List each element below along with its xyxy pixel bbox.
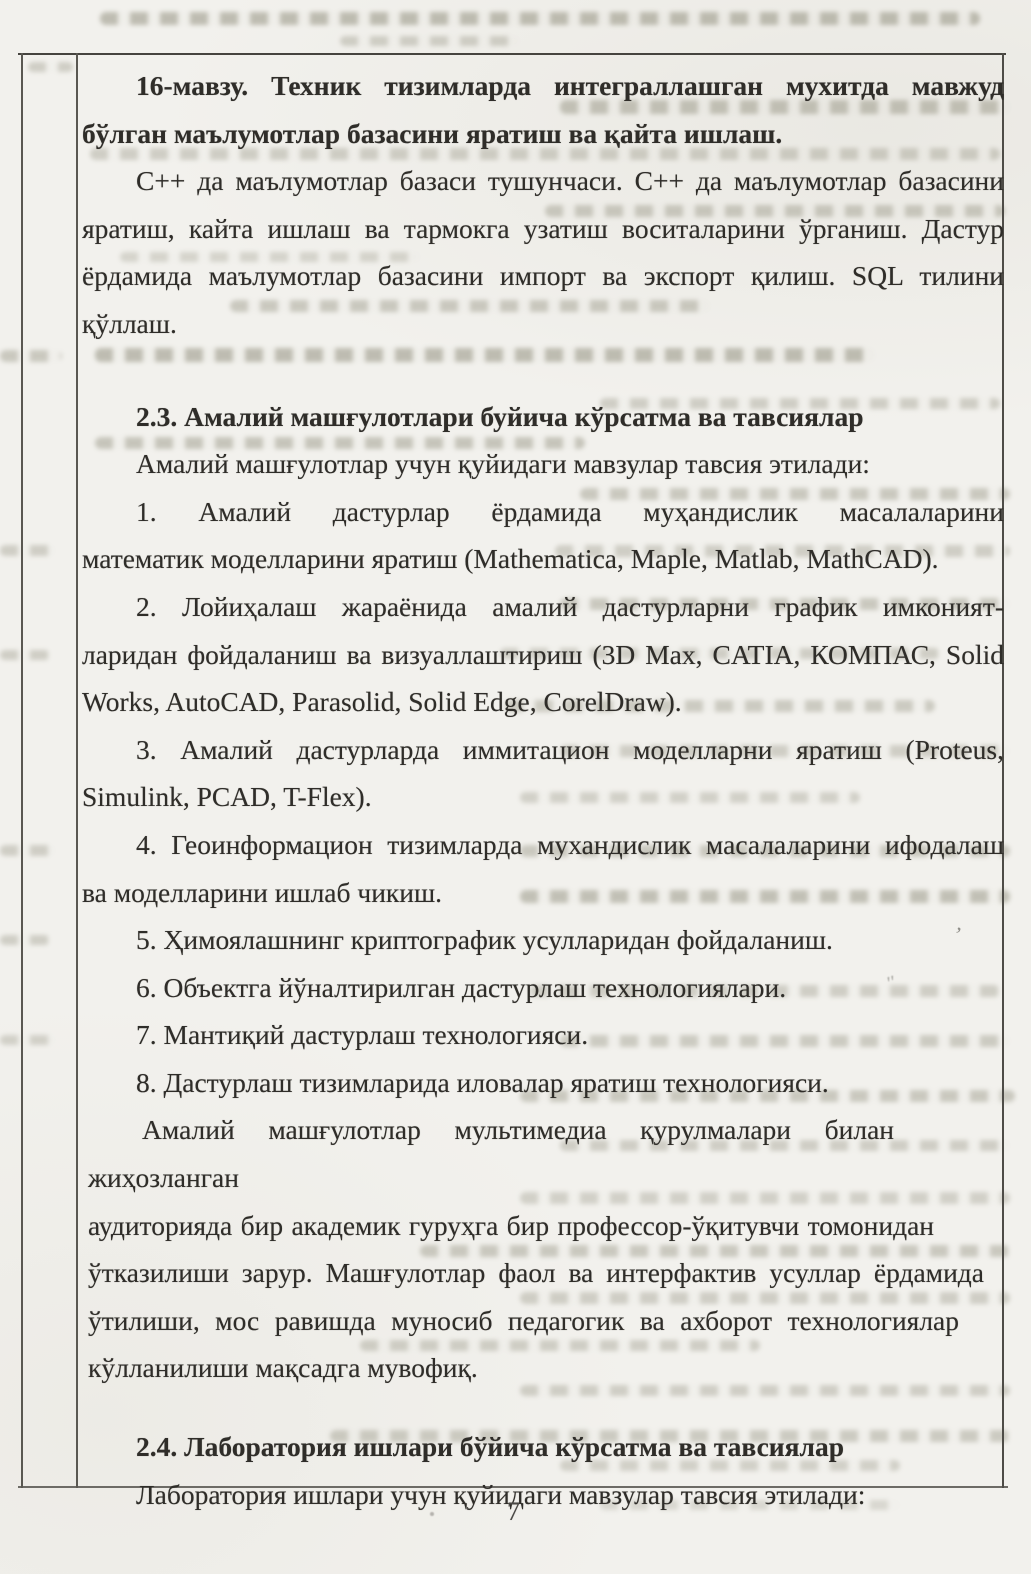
bleedthrough-streak (28, 62, 73, 72)
list-item-4-line: 4. Геоинформацион тизимларда мухандислик… (82, 821, 1004, 869)
list-item-3-line: Simulink, PCAD, T-Flex). (82, 773, 1004, 821)
section-2-3-intro: Амалий машғулотлар учун қуйидаги мавзула… (82, 440, 1004, 488)
bleedthrough-streak (0, 1035, 55, 1045)
bleedthrough-streak (0, 845, 55, 856)
topic-heading-line-1: 16-мавзу. Техник тизимларда интеграллашг… (82, 62, 1004, 110)
list-item-5-line: 5. Ҳимоялашнинг криптографик усулларидан… (82, 916, 1004, 964)
list-item-6-line: 6. Объектга йўналтирилган дастурлаш техн… (82, 964, 1004, 1012)
topic-paragraph-line: С++ да маълумотлар базаси тушунчаси. С++… (82, 157, 1004, 205)
bleedthrough-streak (0, 935, 50, 945)
page-number: 7 (22, 1497, 1005, 1527)
bleedthrough-streak (0, 650, 50, 660)
list-item-2-line: Works, AutoCAD, Parasolid, Solid Edge, C… (82, 678, 1004, 726)
scanned-document-page: 16-мавзу. Техник тизимларда интеграллашг… (0, 0, 1031, 1574)
list-item-2-line: ларидан фойдаланиш ва визуаллаштириш (3D… (82, 631, 1004, 679)
list-item-2-line: 2. Лойиҳалаш жараёнида амалий дастурларн… (82, 583, 1004, 631)
bleedthrough-streak (340, 36, 520, 46)
frame-border-left-outer (21, 53, 23, 1488)
section-2-3-heading: 2.3. Амалий машғулотлари буйича кўрсатма… (82, 393, 1004, 441)
list-item-8-line: 8. Дастурлаш тизимларида иловалар яратиш… (82, 1059, 1004, 1107)
practice-paragraph-line: кўлланилиши мақсадга мувофиқ. (82, 1344, 1004, 1392)
list-item-7-line: 7. Мантиқий дастурлаш технологияси. (82, 1011, 1004, 1059)
list-item-4-line: ва моделларини ишлаб чикиш. (82, 869, 1004, 917)
topic-paragraph-line: яратиш, кайта ишлаш ва тармокга узатиш в… (82, 205, 1004, 253)
topic-heading-line-2: бўлган маълумотлар базасини яратиш ва қа… (82, 110, 1004, 158)
practice-paragraph-line: аудиторияда бир академик гуруҳга бир про… (82, 1202, 1004, 1250)
practice-paragraph-line: ўтказилиши зарур. Машғулотлар фаол ва ин… (82, 1249, 1004, 1297)
list-item-3-line: 3. Амалий дастурларда иммитацион моделла… (82, 726, 1004, 774)
document-text: 16-мавзу. Техник тизимларда интеграллашг… (82, 62, 1004, 1518)
list-item-1-line: 1. Амалий дастурлар ёрдамида муҳандислик… (82, 488, 1004, 536)
practice-paragraph-line: ўтилиши, мос равишда муносиб педагогик в… (82, 1297, 1004, 1345)
frame-border-left-inner (76, 53, 78, 1488)
frame-border-top (18, 53, 1006, 55)
topic-paragraph-line: қўллаш. (82, 300, 1004, 348)
bleedthrough-streak (100, 12, 980, 25)
bleedthrough-streak (0, 545, 55, 556)
topic-paragraph-line: ёрдамида маълумотлар базасини импорт ва … (82, 252, 1004, 300)
list-item-1-line: математик моделларини яратиш (Mathematic… (82, 535, 1004, 583)
bleedthrough-streak (0, 350, 62, 362)
practice-paragraph-line: Амалий машғулотлар мультимедиа қурулмала… (82, 1106, 1004, 1201)
section-2-4-heading: 2.4. Лаборатория ишлари бўйича кўрсатма … (82, 1423, 1004, 1471)
